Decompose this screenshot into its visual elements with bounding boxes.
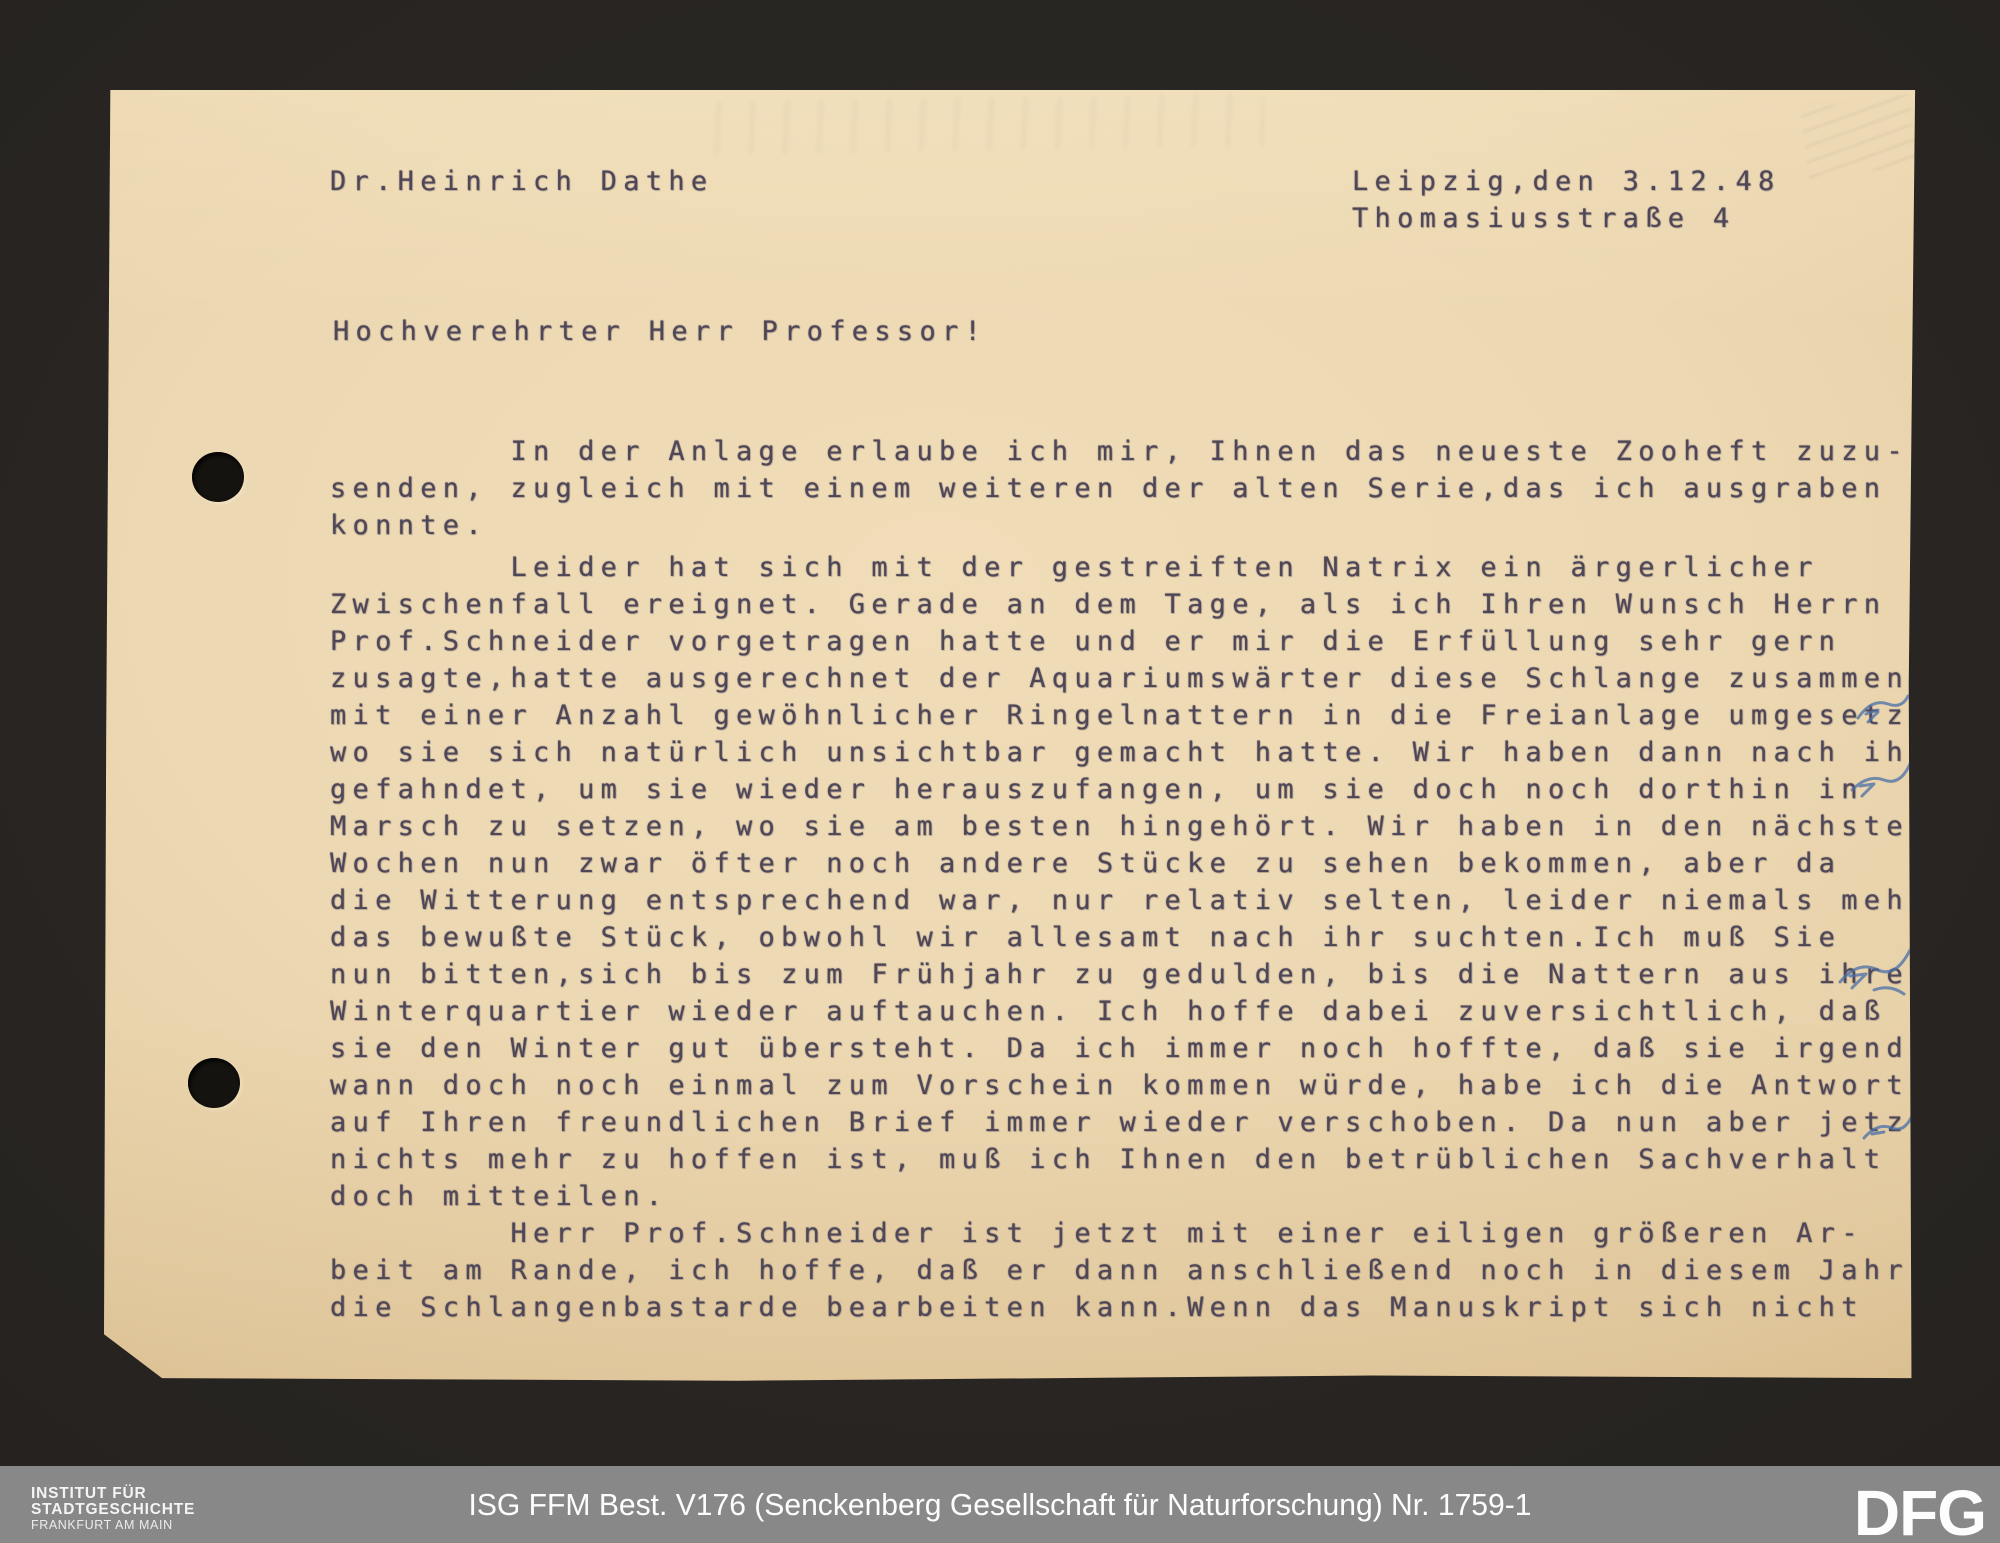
letter-paragraph-2: Leider hat sich mit der gestreiften Natr…: [330, 549, 1931, 1215]
footer-bar: INSTITUT FÜR STADTGESCHICHTE FRANKFURT A…: [0, 1466, 2000, 1543]
dateline-street: Thomasiusstraße 4: [1352, 200, 1735, 237]
sender-name: Dr.Heinrich Dathe: [330, 163, 713, 200]
institute-logo: INSTITUT FÜR STADTGESCHICHTE FRANKFURT A…: [31, 1486, 195, 1533]
institute-name-line-3: FRANKFURT AM MAIN: [31, 1518, 195, 1533]
salutation: Hochverehrter Herr Professor!: [333, 313, 987, 350]
archive-reference: ISG FFM Best. V176 (Senckenberg Gesellsc…: [469, 1487, 1532, 1523]
ink-mark-3: [1834, 932, 1914, 1012]
ghost-typing-smudge: [704, 93, 1265, 155]
punch-hole-top: [192, 452, 244, 502]
institute-name-line-2: STADTGESCHICHTE: [31, 1502, 195, 1518]
ink-mark-4: [1860, 1100, 1916, 1156]
punch-hole-bottom: [188, 1058, 240, 1108]
ghost-pencil-smudge: [1800, 95, 1919, 180]
letter-paper: Dr.Heinrich Dathe Leipzig,den 3.12.48 Th…: [104, 90, 1916, 1382]
institute-name-line-1: INSTITUT FÜR: [31, 1486, 195, 1502]
ink-mark-1: [1852, 670, 1916, 740]
dateline-city-date: Leipzig,den 3.12.48: [1352, 163, 1781, 200]
ink-mark-2: [1848, 750, 1914, 810]
dfg-logo: DFG: [1854, 1476, 1986, 1543]
archive-scan-view: Dr.Heinrich Dathe Leipzig,den 3.12.48 Th…: [0, 0, 2000, 1543]
letter-paragraph-3: Herr Prof.Schneider ist jetzt mit einer …: [330, 1215, 1909, 1326]
letter-paragraph-1: In der Anlage erlaube ich mir, Ihnen das…: [330, 433, 1909, 544]
